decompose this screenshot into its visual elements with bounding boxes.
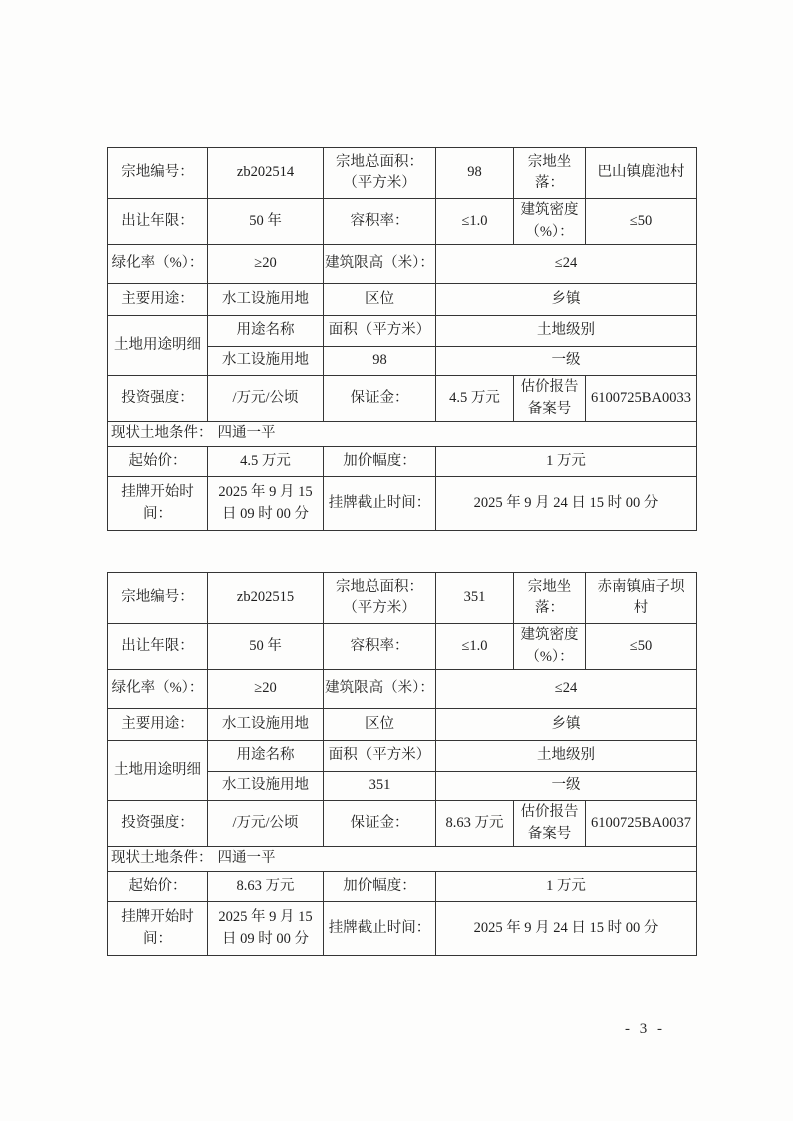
value-line: 日 09 时 00 分 xyxy=(209,929,322,950)
listing-start-label: 挂牌开始时 间： xyxy=(108,477,208,531)
location-value: 赤南镇庙子坝 村 xyxy=(586,573,697,624)
parcel-table-zb202514: 宗地编号： zb202514 宗地总面积： （平方米） 98 宗地坐 落： 巴山… xyxy=(107,147,697,531)
use-name-value: 水工设施用地 xyxy=(208,347,324,376)
land-grade-value: 一级 xyxy=(436,772,697,801)
condition-value: 四通一平 xyxy=(218,425,276,441)
height-limit-value: ≤24 xyxy=(436,670,697,709)
label-line: 备案号 xyxy=(515,399,584,420)
density-value: ≤50 xyxy=(586,199,697,245)
investment-label: 投资强度： xyxy=(108,376,208,422)
density-label: 建筑密度 （%）： xyxy=(514,199,586,245)
term-label: 出让年限： xyxy=(108,624,208,670)
greening-label: 绿化率（%）： xyxy=(108,245,208,284)
total-area-value: 351 xyxy=(436,573,514,624)
appraisal-label: 估价报告 备案号 xyxy=(514,376,586,422)
label-line: 挂牌开始时 xyxy=(109,907,206,928)
label-line: 间： xyxy=(109,504,206,525)
plot-ratio-value: ≤1.0 xyxy=(436,624,514,670)
main-use-label: 主要用途： xyxy=(108,284,208,316)
investment-value: /万元/公顷 xyxy=(208,376,324,422)
term-value: 50 年 xyxy=(208,199,324,245)
use-area-value: 351 xyxy=(324,772,436,801)
label-line: 建筑密度 xyxy=(515,200,584,221)
investment-value: /万元/公顷 xyxy=(208,801,324,847)
use-detail-label: 土地用途明细 xyxy=(108,741,208,801)
value-line: 日 09 时 00 分 xyxy=(209,504,322,525)
plot-ratio-label: 容积率： xyxy=(324,624,436,670)
term-value: 50 年 xyxy=(208,624,324,670)
plot-ratio-value: ≤1.0 xyxy=(436,199,514,245)
use-name-value: 水工设施用地 xyxy=(208,772,324,801)
label-line: 估价报告 xyxy=(515,377,584,398)
increment-value: 1 万元 xyxy=(436,447,697,477)
listing-start-label: 挂牌开始时 间： xyxy=(108,902,208,956)
deposit-value: 8.63 万元 xyxy=(436,801,514,847)
listing-end-label: 挂牌截止时间： xyxy=(324,477,436,531)
condition-value: 四通一平 xyxy=(218,850,276,866)
use-name-header: 用途名称 xyxy=(208,741,324,772)
condition-label: 现状土地条件： xyxy=(111,425,213,441)
label-line: 宗地坐 xyxy=(515,152,584,173)
label-line: 宗地总面积： xyxy=(325,152,434,173)
condition-label: 现状土地条件： xyxy=(111,850,213,866)
deposit-label: 保证金： xyxy=(324,376,436,422)
listing-start-value: 2025 年 9 月 15 日 09 时 00 分 xyxy=(208,902,324,956)
district-value: 乡镇 xyxy=(436,284,697,316)
parcel-table-zb202515: 宗地编号： zb202515 宗地总面积： （平方米） 351 宗地坐 落： 赤… xyxy=(107,572,697,956)
label-line: 估价报告 xyxy=(515,802,584,823)
height-limit-value: ≤24 xyxy=(436,245,697,284)
district-value: 乡镇 xyxy=(436,709,697,741)
condition-cell: 现状土地条件：四通一平 xyxy=(108,422,697,447)
label-line: 宗地总面积： xyxy=(325,577,434,598)
label-line: 宗地坐 xyxy=(515,577,584,598)
land-grade-header: 土地级别 xyxy=(436,316,697,347)
increment-label: 加价幅度： xyxy=(324,872,436,902)
start-price-value: 8.63 万元 xyxy=(208,872,324,902)
main-use-value: 水工设施用地 xyxy=(208,284,324,316)
greening-value: ≥20 xyxy=(208,670,324,709)
document-page: 宗地编号： zb202514 宗地总面积： （平方米） 98 宗地坐 落： 巴山… xyxy=(0,0,793,1121)
location-value: 巴山镇鹿池村 xyxy=(586,148,697,199)
value-line: 村 xyxy=(587,598,695,619)
appraisal-value: 6100725BA0033 xyxy=(586,376,697,422)
term-label: 出让年限： xyxy=(108,199,208,245)
value-line: 赤南镇庙子坝 xyxy=(587,577,695,598)
land-grade-header: 土地级别 xyxy=(436,741,697,772)
start-price-label: 起始价： xyxy=(108,872,208,902)
main-use-label: 主要用途： xyxy=(108,709,208,741)
label-line: 挂牌开始时 xyxy=(109,482,206,503)
plot-ratio-label: 容积率： xyxy=(324,199,436,245)
value-line: 巴山镇鹿池村 xyxy=(587,162,695,183)
use-detail-label: 土地用途明细 xyxy=(108,316,208,376)
parcel-no-value: zb202515 xyxy=(208,573,324,624)
main-use-value: 水工设施用地 xyxy=(208,709,324,741)
start-price-value: 4.5 万元 xyxy=(208,447,324,477)
district-label: 区位 xyxy=(324,709,436,741)
listing-end-label: 挂牌截止时间： xyxy=(324,902,436,956)
listing-start-value: 2025 年 9 月 15 日 09 时 00 分 xyxy=(208,477,324,531)
label-line: （%）： xyxy=(515,647,584,668)
value-line: 2025 年 9 月 15 xyxy=(209,482,322,503)
label-line: 落： xyxy=(515,598,584,619)
appraisal-label: 估价报告 备案号 xyxy=(514,801,586,847)
total-area-label: 宗地总面积： （平方米） xyxy=(324,573,436,624)
total-area-label: 宗地总面积： （平方米） xyxy=(324,148,436,199)
appraisal-value: 6100725BA0037 xyxy=(586,801,697,847)
location-label: 宗地坐 落： xyxy=(514,148,586,199)
label-line: 间： xyxy=(109,929,206,950)
height-limit-label: 建筑限高（米）： xyxy=(324,245,436,284)
density-label: 建筑密度 （%）： xyxy=(514,624,586,670)
label-line: 落： xyxy=(515,173,584,194)
condition-cell: 现状土地条件：四通一平 xyxy=(108,847,697,872)
use-name-header: 用途名称 xyxy=(208,316,324,347)
listing-end-value: 2025 年 9 月 24 日 15 时 00 分 xyxy=(436,902,697,956)
label-line: （平方米） xyxy=(325,598,434,619)
greening-label: 绿化率（%）： xyxy=(108,670,208,709)
density-value: ≤50 xyxy=(586,624,697,670)
land-grade-value: 一级 xyxy=(436,347,697,376)
label-line: （%）： xyxy=(515,222,584,243)
start-price-label: 起始价： xyxy=(108,447,208,477)
parcel-no-value: zb202514 xyxy=(208,148,324,199)
increment-value: 1 万元 xyxy=(436,872,697,902)
parcel-no-label: 宗地编号： xyxy=(108,148,208,199)
height-limit-label: 建筑限高（米）： xyxy=(324,670,436,709)
increment-label: 加价幅度： xyxy=(324,447,436,477)
value-line: 2025 年 9 月 15 xyxy=(209,907,322,928)
total-area-value: 98 xyxy=(436,148,514,199)
page-number: - 3 - xyxy=(612,1021,678,1038)
area-header: 面积（平方米） xyxy=(324,316,436,347)
investment-label: 投资强度： xyxy=(108,801,208,847)
label-line: （平方米） xyxy=(325,173,434,194)
label-line: 备案号 xyxy=(515,824,584,845)
use-area-value: 98 xyxy=(324,347,436,376)
district-label: 区位 xyxy=(324,284,436,316)
parcel-no-label: 宗地编号： xyxy=(108,573,208,624)
listing-end-value: 2025 年 9 月 24 日 15 时 00 分 xyxy=(436,477,697,531)
location-label: 宗地坐 落： xyxy=(514,573,586,624)
greening-value: ≥20 xyxy=(208,245,324,284)
area-header: 面积（平方米） xyxy=(324,741,436,772)
deposit-value: 4.5 万元 xyxy=(436,376,514,422)
label-line: 建筑密度 xyxy=(515,625,584,646)
deposit-label: 保证金： xyxy=(324,801,436,847)
